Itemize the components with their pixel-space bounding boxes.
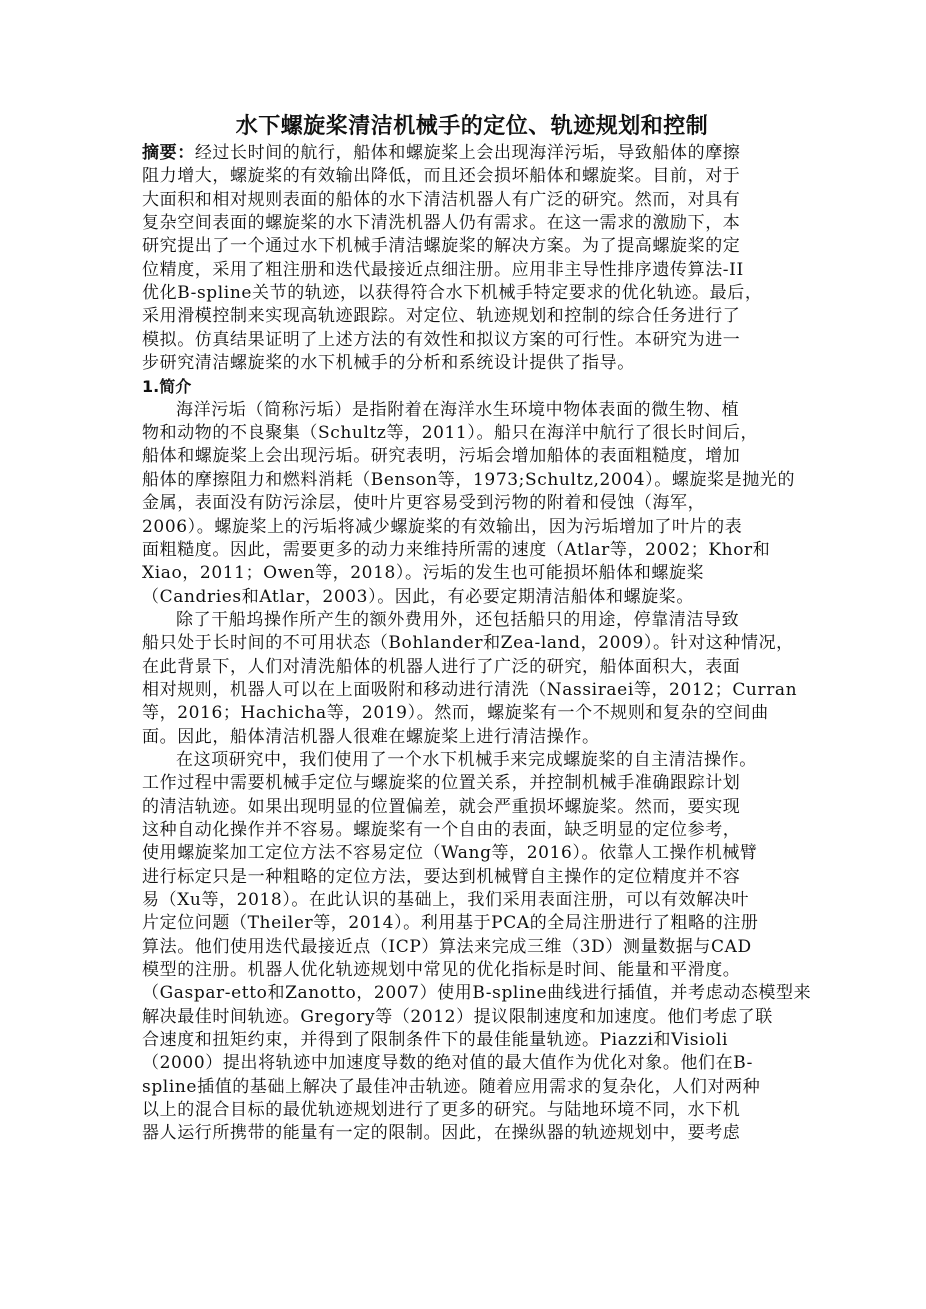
body-line: 金属，表面没有防污涂层，使叶片更容易受到污物的附着和侵蚀（海军， [142, 492, 802, 515]
body-line: 器人运行所携带的能量有一定的限制。因此，在操纵器的轨迹规划中，要考虑 [142, 1122, 802, 1145]
abstract-line: 摘要：经过长时间的航行，船体和螺旋桨上会出现海洋污垢，导致船体的摩擦 [142, 142, 802, 165]
body-line: 进行标定只是一种粗略的定位方法，要达到机械臂自主操作的定位精度并不容 [142, 866, 802, 889]
body-line: 等，2016；Hachicha等，2019）。然而，螺旋桨有一个不规则和复杂的空… [142, 702, 802, 725]
document-page: 水下螺旋桨清洁机械手的定位、轨迹规划和控制 摘要：经过长时间的航行，船体和螺旋桨… [142, 112, 802, 1146]
abstract-line: 优化B-spline关节的轨迹，以获得符合水下机械手特定要求的优化轨迹。最后， [142, 282, 802, 305]
body-line: 工作过程中需要机械手定位与螺旋桨的位置关系，并控制机械手准确跟踪计划 [142, 772, 802, 795]
abstract-line: 阻力增大，螺旋桨的有效输出降低，而且还会损坏船体和螺旋桨。目前，对于 [142, 165, 802, 188]
abstract-line: 模拟。仿真结果证明了上述方法的有效性和拟议方案的可行性。本研究为进一 [142, 329, 802, 352]
body-line: 海洋污垢（简称污垢）是指附着在海洋水生环境中物体表面的微生物、植 [142, 399, 802, 422]
body-line: 解决最佳时间轨迹。Gregory等（2012）提议限制速度和加速度。他们考虑了联 [142, 1006, 802, 1029]
abstract-line: 复杂空间表面的螺旋桨的水下清洗机器人仍有需求。在这一需求的激励下，本 [142, 212, 802, 235]
body-line: （2000）提出将轨迹中加速度导数的绝对值的最大值作为优化对象。他们在B- [142, 1052, 802, 1075]
body-line: 片定位问题（Theiler等，2014）。利用基于PCA的全局注册进行了粗略的注… [142, 912, 802, 935]
body-line: 算法。他们使用迭代最接近点（ICP）算法来完成三维（3D）测量数据与CAD [142, 936, 802, 959]
body-line: 船体和螺旋桨上会出现污垢。研究表明，污垢会增加船体的表面粗糙度，增加 [142, 445, 802, 468]
abstract-line: 大面积和相对规则表面的船体的水下清洁机器人有广泛的研究。然而，对具有 [142, 189, 802, 212]
body-line: 面粗糙度。因此，需要更多的动力来维持所需的速度（Atlar等，2002；Khor… [142, 539, 802, 562]
paper-title: 水下螺旋桨清洁机械手的定位、轨迹规划和控制 [142, 112, 802, 142]
body-line: 船体的摩擦阻力和燃料消耗（Benson等，1973;Schultz,2004）。… [142, 469, 802, 492]
body-line: 在这项研究中，我们使用了一个水下机械手来完成螺旋桨的自主清洁操作。 [142, 749, 802, 772]
body-line: 面。因此，船体清洁机器人很难在螺旋桨上进行清洁操作。 [142, 726, 802, 749]
paragraph: 海洋污垢（简称污垢）是指附着在海洋水生环境中物体表面的微生物、植 物和动物的不良… [142, 399, 802, 609]
body-line: 易（Xu等，2018）。在此认识的基础上，我们采用表面注册，可以有效解决叶 [142, 889, 802, 912]
abstract-line: 步研究清洁螺旋桨的水下机械手的分析和系统设计提供了指导。 [142, 352, 802, 375]
body-line: 合速度和扭矩约束，并得到了限制条件下的最佳能量轨迹。Piazzi和Visioli [142, 1029, 802, 1052]
abstract-line: 采用滑模控制来实现高轨迹跟踪。对定位、轨迹规划和控制的综合任务进行了 [142, 305, 802, 328]
section-heading: 1.简介 [142, 375, 802, 398]
paragraph: 在这项研究中，我们使用了一个水下机械手来完成螺旋桨的自主清洁操作。 工作过程中需… [142, 749, 802, 1146]
abstract: 摘要：经过长时间的航行，船体和螺旋桨上会出现海洋污垢，导致船体的摩擦 阻力增大，… [142, 142, 802, 375]
body-line: Xiao，2011；Owen等，2018）。污垢的发生也可能损坏船体和螺旋桨 [142, 562, 802, 585]
body-line: 2006）。螺旋桨上的污垢将减少螺旋桨的有效输出，因为污垢增加了叶片的表 [142, 516, 802, 539]
body-line: 相对规则，机器人可以在上面吸附和移动进行清洗（Nassiraei等，2012；C… [142, 679, 802, 702]
body-line: 的清洁轨迹。如果出现明显的位置偏差，就会严重损坏螺旋桨。然而，要实现 [142, 796, 802, 819]
body-line: spline插值的基础上解决了最佳冲击轨迹。随着应用需求的复杂化，人们对两种 [142, 1076, 802, 1099]
abstract-line: 位精度，采用了粗注册和迭代最接近点细注册。应用非主导性排序遗传算法-II [142, 259, 802, 282]
body-line: （Candries和Atlar，2003）。因此，有必要定期清洁船体和螺旋桨。 [142, 586, 802, 609]
body-line: 模型的注册。机器人优化轨迹规划中常见的优化指标是时间、能量和平滑度。 [142, 959, 802, 982]
body-line: 船只处于长时间的不可用状态（Bohlander和Zea-land，2009）。针… [142, 632, 802, 655]
paragraph: 除了干船坞操作所产生的额外费用外，还包括船只的用途，停靠清洁导致 船只处于长时间… [142, 609, 802, 749]
body-line: 这种自动化操作并不容易。螺旋桨有一个自由的表面，缺乏明显的定位参考， [142, 819, 802, 842]
body-line: 使用螺旋桨加工定位方法不容易定位（Wang等，2016）。依靠人工操作机械臂 [142, 842, 802, 865]
body-line: 在此背景下，人们对清洗船体的机器人进行了广泛的研究，船体面积大，表面 [142, 656, 802, 679]
body-line: （Gaspar-etto和Zanotto，2007）使用B-spline曲线进行… [142, 982, 802, 1005]
body-line: 除了干船坞操作所产生的额外费用外，还包括船只的用途，停靠清洁导致 [142, 609, 802, 632]
abstract-label: 摘要： [142, 143, 195, 163]
abstract-line: 研究提出了一个通过水下机械手清洁螺旋桨的解决方案。为了提高螺旋桨的定 [142, 235, 802, 258]
body-line: 以上的混合目标的最优轨迹规划进行了更多的研究。与陆地环境不同，水下机 [142, 1099, 802, 1122]
body-line: 物和动物的不良聚集（Schultz等，2011）。船只在海洋中航行了很长时间后， [142, 422, 802, 445]
